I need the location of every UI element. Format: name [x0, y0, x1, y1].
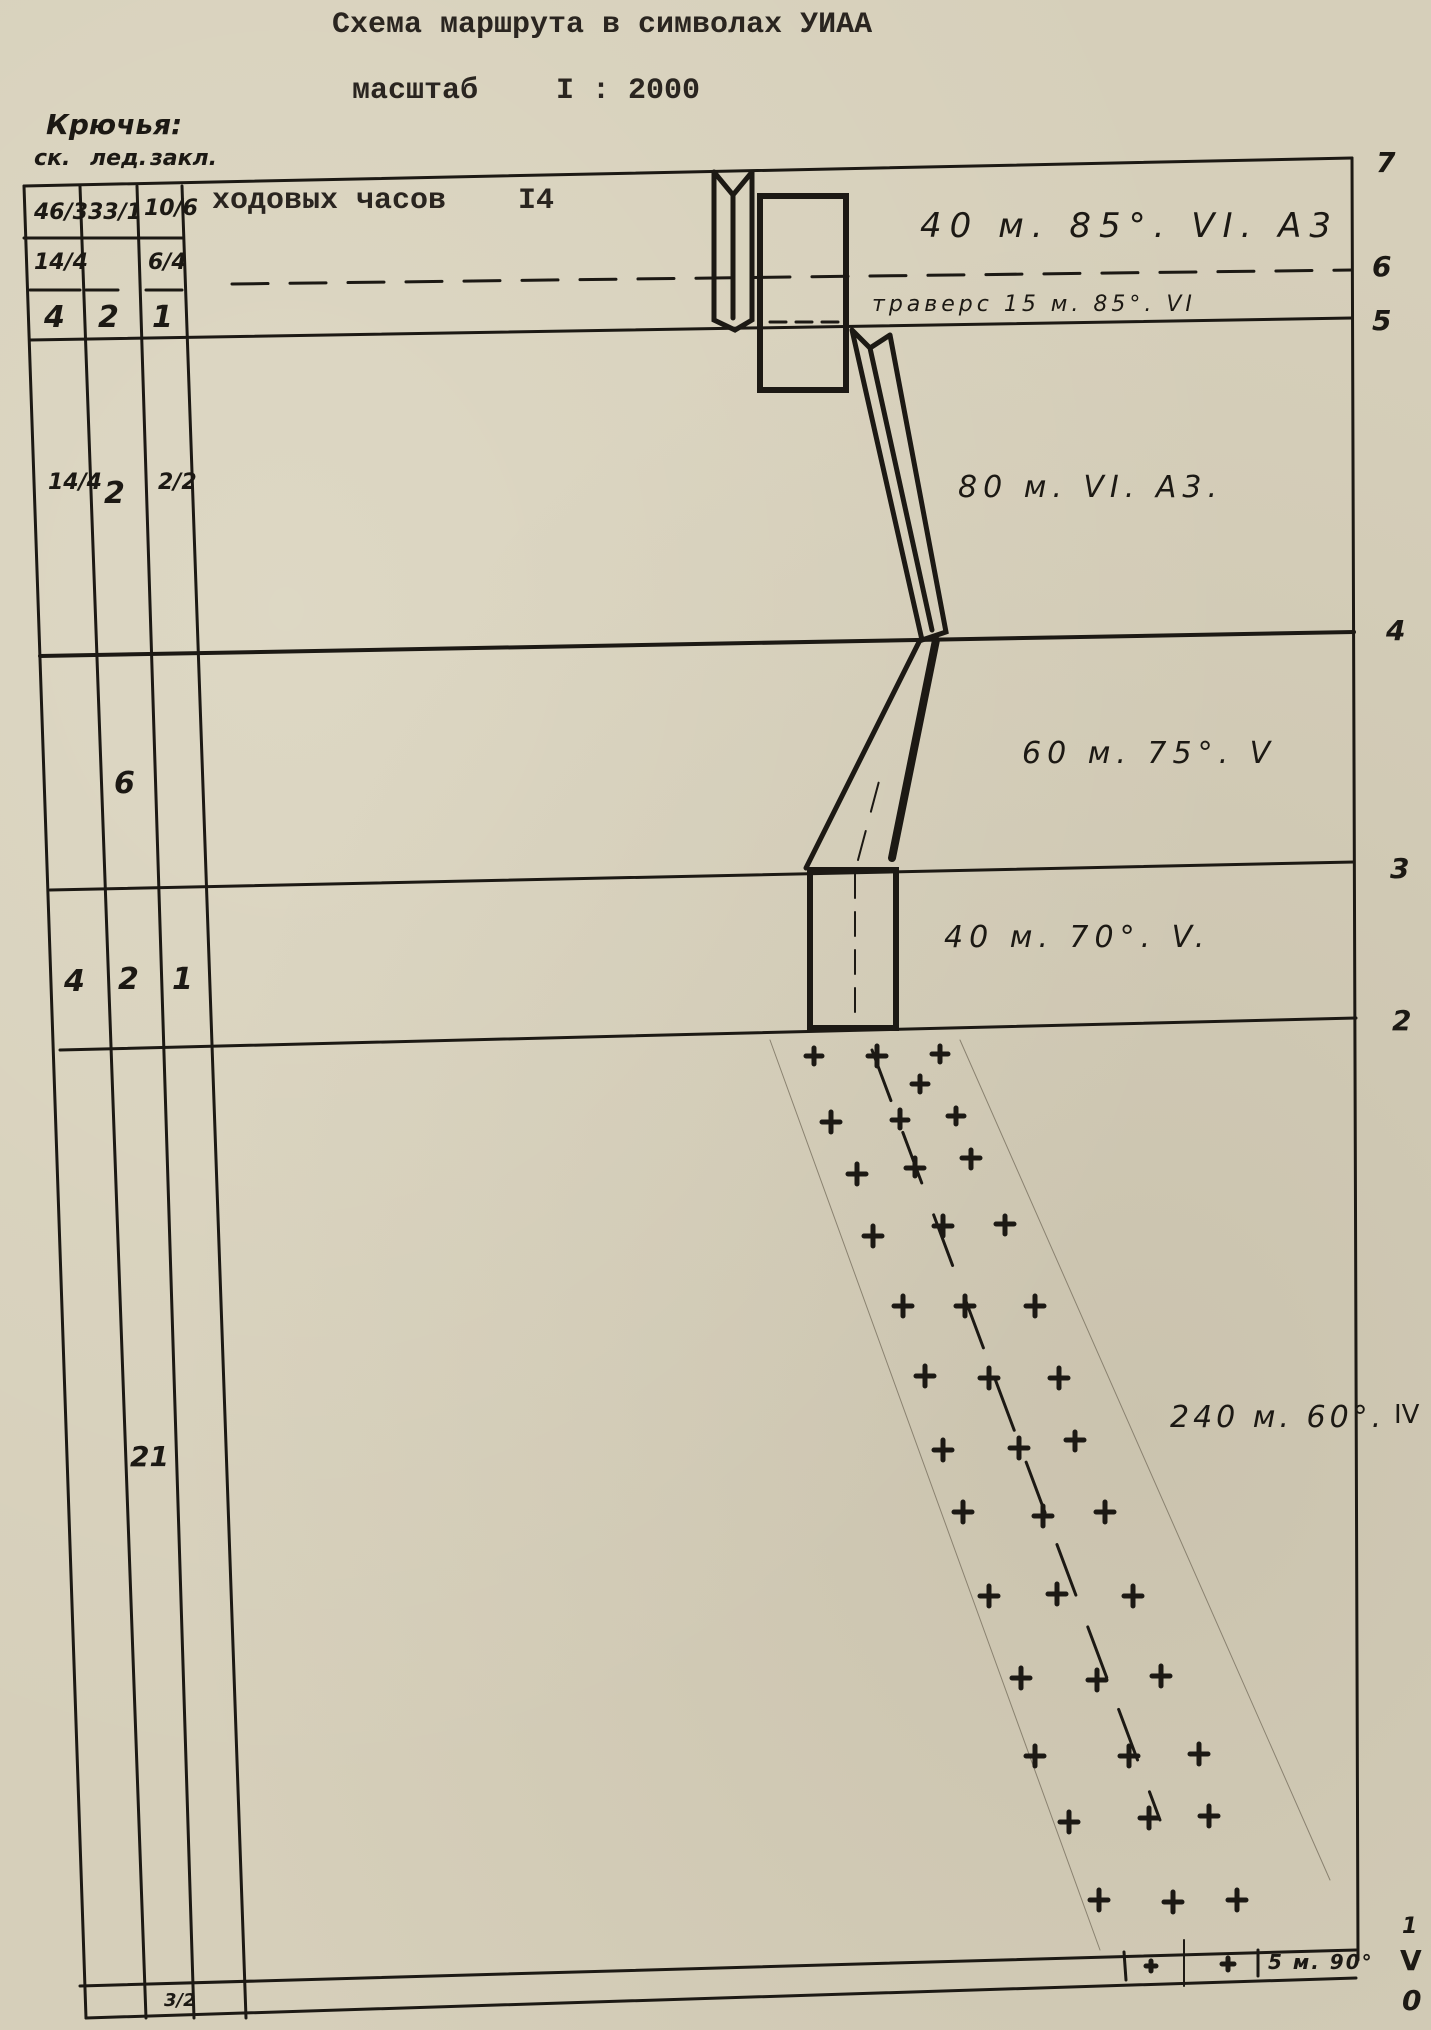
cell-s12-ice: 21	[130, 1440, 169, 1473]
snow-cross-pattern	[806, 1046, 1246, 1971]
cell-s56-chock: 1	[152, 300, 173, 335]
section-6-7-label: 40 м. 85°. VI. A3	[920, 206, 1339, 246]
section-0-1-grade: V	[1400, 1944, 1422, 1977]
hours-value: I4	[518, 184, 554, 218]
route-diagram-lines	[0, 0, 1431, 2030]
cell-s34-ice: 6	[114, 766, 135, 801]
section-5-6-label: траверс 15 м. 85°. VI	[872, 292, 1196, 317]
section-1-2-label: 240 м. 60°.	[1170, 1400, 1385, 1435]
marker-4: 4	[1386, 614, 1405, 647]
marker-7: 7	[1376, 146, 1395, 179]
section-2-3-label: 40 м. 70°. V.	[944, 920, 1210, 955]
marker-1: 1	[1402, 1914, 1417, 1939]
cell-totals-chock: 10/6	[144, 196, 198, 221]
cell-s23-rock: 4	[64, 964, 85, 999]
marker-3: 3	[1390, 852, 1409, 885]
cell-s67-chock: 6/4	[148, 250, 187, 275]
cell-s23-ice: 2	[118, 962, 139, 997]
marker-5: 5	[1372, 304, 1391, 337]
marker-0: 0	[1402, 1984, 1421, 2017]
marker-2: 2	[1392, 1004, 1411, 1037]
cell-s56-rock: 4	[44, 300, 65, 335]
section-3-4-label: 60 м. 75°. V	[1022, 736, 1276, 771]
section-4-5-label: 80 м. VI. A3.	[958, 470, 1223, 505]
cell-s01-ice: 3/2	[164, 1990, 196, 2011]
marker-6: 6	[1372, 250, 1391, 283]
section-1-2-grade: IV	[1394, 1400, 1419, 1430]
cell-s56-ice: 2	[98, 300, 119, 335]
cell-s45-ice: 2	[104, 476, 125, 511]
cell-s45-chock: 2/2	[158, 470, 197, 495]
cell-totals-rock: 46/3	[34, 200, 88, 225]
section-0-1-label: 5 м. 90°	[1268, 1950, 1374, 1974]
cell-s67-rock: 14/4	[34, 250, 88, 275]
hours-label: ходовых часов	[212, 184, 446, 218]
cell-totals-ice: 33/1	[88, 200, 142, 225]
cell-s23-chock: 1	[172, 962, 193, 997]
cell-s45-rock: 14/4	[48, 470, 102, 495]
